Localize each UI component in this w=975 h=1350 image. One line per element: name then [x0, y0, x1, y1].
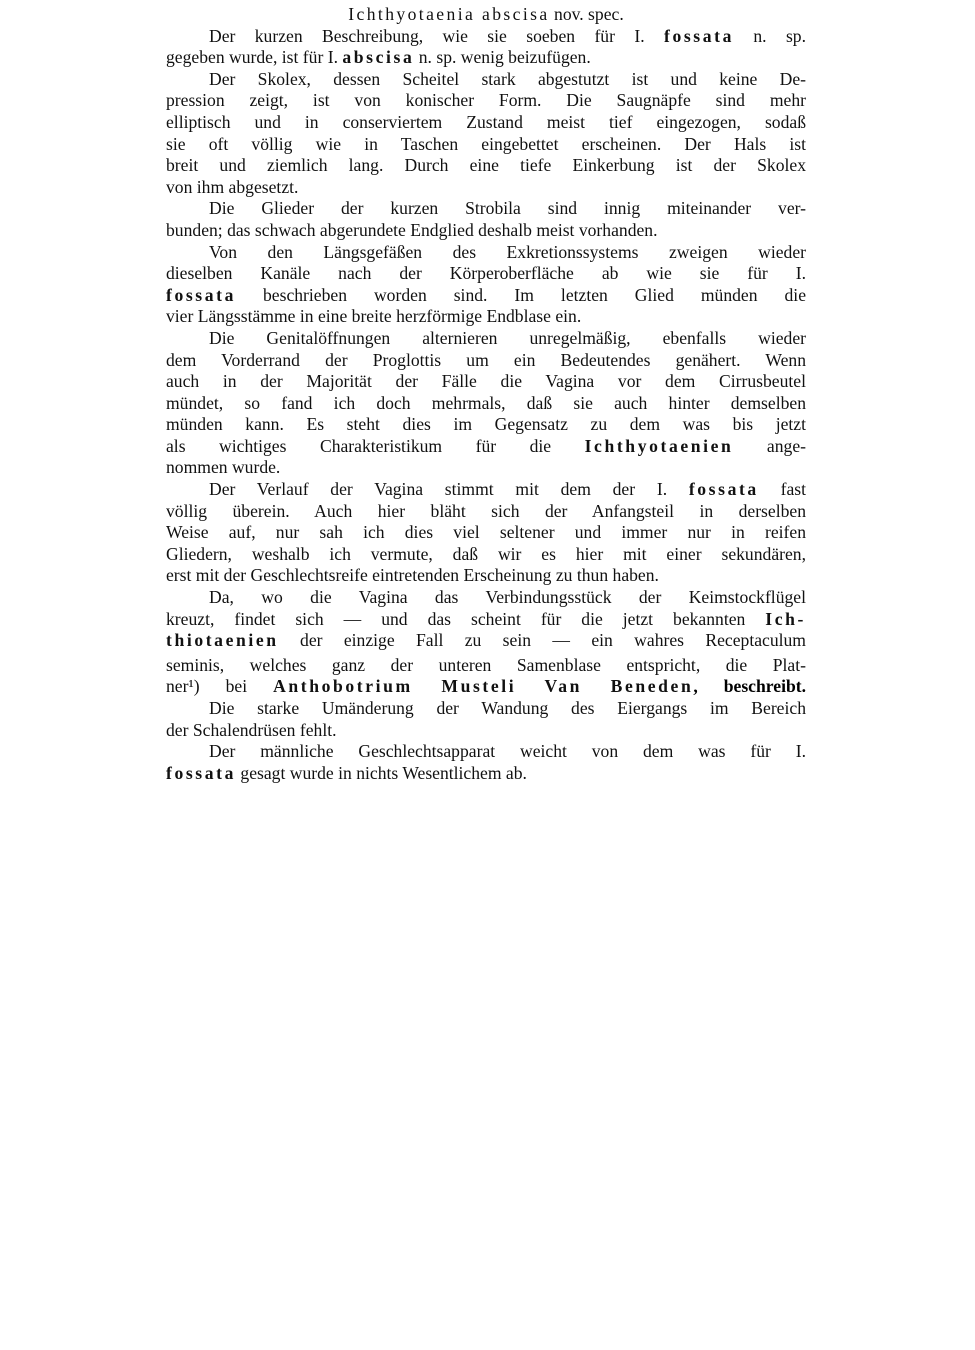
text-line: sie oft völlig wie in Taschen eingebette…	[166, 134, 806, 156]
text-line: münden kann. Es steht dies im Gegensatz …	[166, 414, 806, 436]
paragraph-eiergang: Die starke Umänderung der Wandung des Ei…	[166, 698, 806, 741]
text-line: Der kurzen Beschreibung, wie sie soeben …	[166, 26, 806, 48]
text-line: Der Verlauf der Vagina stimmt mit dem de…	[166, 479, 806, 501]
text-line: fossata beschrieben worden sind. Im letz…	[166, 285, 806, 307]
text-line: mündet, so fand ich doch mehrmals, daß s…	[166, 393, 806, 415]
text-line: elliptisch und in conserviertem Zustand …	[166, 112, 806, 134]
section-title: Ichthyotaenia abscisa nov. spec.	[166, 4, 806, 26]
text-line: erst mit der Geschlechtsreife eintretend…	[166, 565, 806, 587]
paragraph: Von den Längsgefäßen des Exkretionssyste…	[166, 242, 806, 328]
text-line: seminis, welches ganz der unteren Samenb…	[166, 655, 806, 677]
text-line: Die Genitalöffnungen alternieren unregel…	[166, 328, 806, 350]
text-line: Die starke Umänderung der Wandung des Ei…	[166, 698, 806, 720]
text-line: thiotaenien der einzige Fall zu sein — e…	[166, 630, 806, 652]
text-line: kreuzt, findet sich — und das scheint fü…	[166, 609, 806, 631]
text-line: Der Skolex, dessen Scheitel stark abgest…	[166, 69, 806, 91]
text-line: fossata gesagt wurde in nichts Wesentlic…	[166, 763, 806, 785]
paragraph: Der Skolex, dessen Scheitel stark abgest…	[166, 69, 806, 199]
text-line: Der männliche Geschlechtsapparat weicht …	[166, 741, 806, 763]
text-line: bunden; das schwach abgerundete Endglied…	[166, 220, 806, 242]
paragraph: Die Genitalöffnungen alternieren unregel…	[166, 328, 806, 479]
text-line: pression zeigt, ist von konischer Form. …	[166, 90, 806, 112]
text-line: als wichtiges Charakteristikum für die I…	[166, 436, 806, 458]
document-page: Ichthyotaenia abscisa nov. spec. Der kur…	[166, 4, 806, 784]
paragraph: Der kurzen Beschreibung, wie sie soeben …	[166, 26, 806, 69]
text-line: Da, wo die Vagina das Verbindungsstück d…	[166, 587, 806, 609]
paragraph: Die Glieder der kurzen Strobila sind inn…	[166, 198, 806, 241]
text-line: auch in der Majorität der Fälle die Vagi…	[166, 371, 806, 393]
text-line: Gliedern, weshalb ich vermute, daß wir e…	[166, 544, 806, 566]
species-name: Ichthyotaenia abscisa	[348, 4, 549, 24]
text-line: nommen wurde.	[166, 457, 806, 479]
text-line: Weise auf, nur sah ich dies viel seltene…	[166, 522, 806, 544]
body-text: Der kurzen Beschreibung, wie sie soeben …	[166, 26, 806, 587]
text-line: ner¹) bei Anthobotrium Musteli Van Bened…	[166, 676, 806, 698]
text-line: vier Längsstämme in eine breite herzförm…	[166, 306, 806, 328]
text-line: Die Glieder der kurzen Strobila sind inn…	[166, 198, 806, 220]
text-line: der Schalendrüsen fehlt.	[166, 720, 806, 742]
paragraph-receptaculum: Da, wo die Vagina das Verbindungsstück d…	[166, 587, 806, 698]
paragraph: Der Verlauf der Vagina stimmt mit dem de…	[166, 479, 806, 587]
title-suffix: nov. spec.	[554, 4, 624, 24]
text-line: völlig überein. Auch hier bläht sich der…	[166, 501, 806, 523]
text-line: Von den Längsgefäßen des Exkretionssyste…	[166, 242, 806, 264]
text-line: von ihm abgesetzt.	[166, 177, 806, 199]
paragraph-male-apparatus: Der männliche Geschlechtsapparat weicht …	[166, 741, 806, 784]
text-line: dieselben Kanäle nach der Körperoberfläc…	[166, 263, 806, 285]
text-line: gegeben wurde, ist für I. abscisa n. sp.…	[166, 47, 806, 69]
text-line: dem Vorderrand der Proglottis um ein Bed…	[166, 350, 806, 372]
text-line: breit und ziemlich lang. Durch eine tief…	[166, 155, 806, 177]
